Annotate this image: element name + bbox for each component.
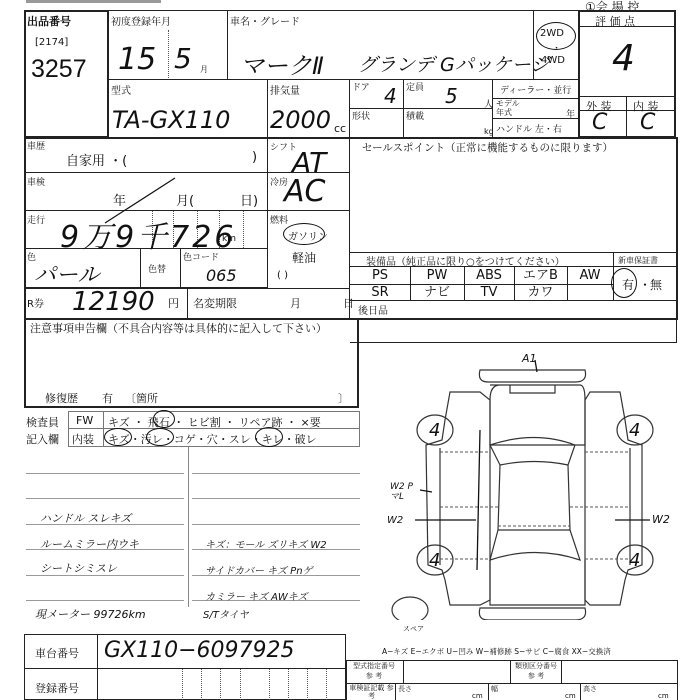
mark-yogore: [146, 428, 174, 446]
note-rule: [26, 600, 184, 601]
fuel-gasoline[interactable]: ガソリン: [288, 228, 328, 243]
later-items-label: 後日品: [358, 302, 388, 317]
inspector-note-left: ハンドル スレキズ: [40, 510, 131, 526]
inspector-label-1: 検査員: [26, 414, 59, 430]
equipment-item[interactable]: SR: [350, 285, 410, 300]
equipment-item[interactable]: ABS: [464, 268, 514, 283]
car-diagram: [380, 340, 700, 620]
recycle-label: R券: [27, 295, 44, 310]
displacement-value: 2000: [270, 106, 331, 134]
tire-front-right: 4: [629, 420, 640, 441]
inspector-note-right: キズ：モール ズリキズ W2: [205, 536, 327, 551]
class-number-label: 類別区分番号 参 考: [512, 661, 560, 681]
inspection-day-unit: 日): [240, 190, 258, 209]
recycle-value: 12190: [72, 287, 155, 317]
doors-value: 4: [384, 84, 397, 108]
first-reg-label: 初度登録年月: [111, 13, 171, 28]
fuel-label: 燃料: [270, 213, 288, 226]
color-change-label: 色替: [148, 262, 166, 275]
left-note-2: W2: [387, 515, 403, 526]
repair-value: 有: [102, 390, 113, 406]
load-label: 積載: [406, 109, 424, 122]
capacity-label: 定員: [406, 80, 424, 93]
equipment-item[interactable]: PS: [350, 268, 410, 283]
right-note: W2: [652, 513, 670, 526]
repair-close: 〕: [338, 390, 349, 406]
fuel-other: ( ): [277, 270, 288, 281]
spare-label: スペア: [403, 624, 424, 634]
repair-label: 修復歴: [45, 390, 78, 406]
sales-points-label: セールスポイント（正常に機能するものに限ります）: [362, 140, 613, 155]
displacement-unit: cc: [334, 122, 346, 135]
model-value: TA-GX110: [112, 106, 230, 134]
equipment-item[interactable]: PW: [410, 268, 464, 283]
height-unit: cm: [658, 692, 669, 700]
equipment-item[interactable]: AW: [567, 268, 613, 283]
color-value: パール: [34, 258, 100, 289]
fw-label: FW: [76, 414, 93, 427]
drive-4wd[interactable]: 4WD: [541, 55, 565, 66]
month-unit: 月: [200, 64, 208, 75]
model-label: 型式: [111, 82, 131, 97]
first-reg-year: 15: [118, 42, 156, 77]
mark-kizu: [104, 428, 132, 446]
equipment-item[interactable]: ナビ: [410, 285, 464, 300]
note-rule: [192, 473, 360, 474]
length-unit: cm: [472, 692, 483, 700]
inspector-label-2: 記入欄: [26, 431, 59, 447]
aircon-value: AC: [284, 174, 325, 209]
drive-2wd[interactable]: 2WD: [540, 28, 564, 39]
lot-number: 3257: [31, 55, 87, 84]
equipment-item[interactable]: カワ: [514, 285, 567, 300]
inspector-note-left: ルームミラー内ウキ: [40, 536, 139, 552]
drive-separator: ・: [552, 41, 561, 54]
type-designation-label: 型式指定番号 参 考: [349, 661, 399, 681]
dimensions-label: 車検証記載 参 考: [349, 684, 394, 700]
capacity-value: 5: [445, 84, 458, 108]
equipment-item[interactable]: TV: [464, 285, 514, 300]
lot-sub-number: [2174]: [35, 37, 68, 48]
chassis-label: 車台番号: [35, 645, 79, 661]
history-label: 車歴: [27, 139, 45, 152]
interior-check-label: 内装: [72, 431, 94, 447]
front-mark: A1: [522, 352, 537, 365]
equipment-item[interactable]: エアB: [514, 268, 567, 283]
notes-label: 注意事項申告欄（不具合内容等は具体的に記入して下さい）: [30, 320, 327, 336]
displacement-label: 排気量: [270, 82, 300, 97]
note-rule: [192, 524, 360, 525]
width-unit: cm: [565, 692, 576, 700]
inspection-label: 車検: [27, 175, 45, 188]
mileage-unit: km: [222, 234, 236, 244]
dealer-label: ディーラー・並行: [500, 83, 571, 96]
inspector-note-left: 現メーター 99726km: [35, 606, 146, 622]
name-change-month: 月: [290, 295, 301, 311]
exterior-score: C: [592, 110, 607, 135]
note-rule: [26, 473, 184, 474]
car-grade: グランデ Gパッケージ: [358, 50, 549, 77]
grade-score-value: 4: [612, 38, 635, 79]
repair-location: 〔箇所: [125, 390, 158, 406]
interior-score: C: [640, 110, 655, 135]
inspector-note-left: シートシミスレ: [40, 560, 117, 576]
width-label: 幅: [491, 684, 498, 694]
car-name-label: 車名・グレード: [230, 13, 300, 28]
warranty-yes[interactable]: 有: [622, 276, 634, 293]
chassis-value: GX110−6097925: [104, 638, 295, 663]
warranty-no[interactable]: 無: [650, 276, 662, 293]
color-code-label: 色コード: [183, 250, 219, 263]
lot-label: 出品番号: [27, 13, 71, 29]
grade-score-label: 評 価 点: [595, 13, 635, 29]
tire-rear-left: 4: [429, 550, 440, 571]
mileage-label: 走行: [27, 213, 45, 226]
header-tab: [26, 0, 161, 3]
mark-sure: [255, 427, 283, 447]
interior-items: キズ・汚レ・コゲ・穴・スレ・キレ・破レ: [108, 431, 317, 447]
color-code: 065: [206, 266, 237, 285]
warranty-label: 新車保証書: [618, 255, 658, 266]
fuel-diesel[interactable]: 軽油: [292, 249, 316, 266]
inspector-note-right: サイドカバー キズ Pnゲ: [205, 562, 313, 577]
height-label: 高さ: [583, 684, 597, 694]
history-close: ): [252, 150, 257, 165]
history-value: 自家用 ・(: [66, 150, 127, 169]
doors-label: ドア: [352, 80, 370, 93]
car-name: マークⅡ: [240, 46, 324, 81]
inspector-note-right: S/Tタイヤ: [203, 606, 249, 621]
damage-legend: A−キズ E−エクボ U−凹み W−補修跡 S−サビ C−腐食 XX−交換済: [382, 646, 611, 657]
mark-hiseki: [153, 410, 175, 428]
length-label: 長さ: [398, 684, 412, 694]
note-rule: [192, 498, 360, 499]
fw-items: キズ ・ 飛石 ・ ヒビ割 ・ リペア跡 ・ ×要: [108, 414, 321, 430]
recycle-unit: 円: [168, 295, 179, 311]
name-change-label: 名変期限: [193, 295, 237, 311]
registration-label: 登録番号: [35, 680, 79, 696]
note-rule: [26, 498, 184, 499]
handle-label: ハンドル 左・右: [496, 122, 562, 135]
inspector-note-right: カミラー キズ AWキズ: [205, 588, 308, 603]
shape-label: 形状: [352, 109, 370, 122]
first-reg-month: 5: [174, 42, 192, 75]
tire-rear-right: 4: [629, 550, 640, 571]
left-note-1: W2 PマL: [390, 482, 415, 502]
tire-front-left: 4: [429, 420, 440, 441]
model-year-label: モデル年式: [496, 99, 526, 117]
